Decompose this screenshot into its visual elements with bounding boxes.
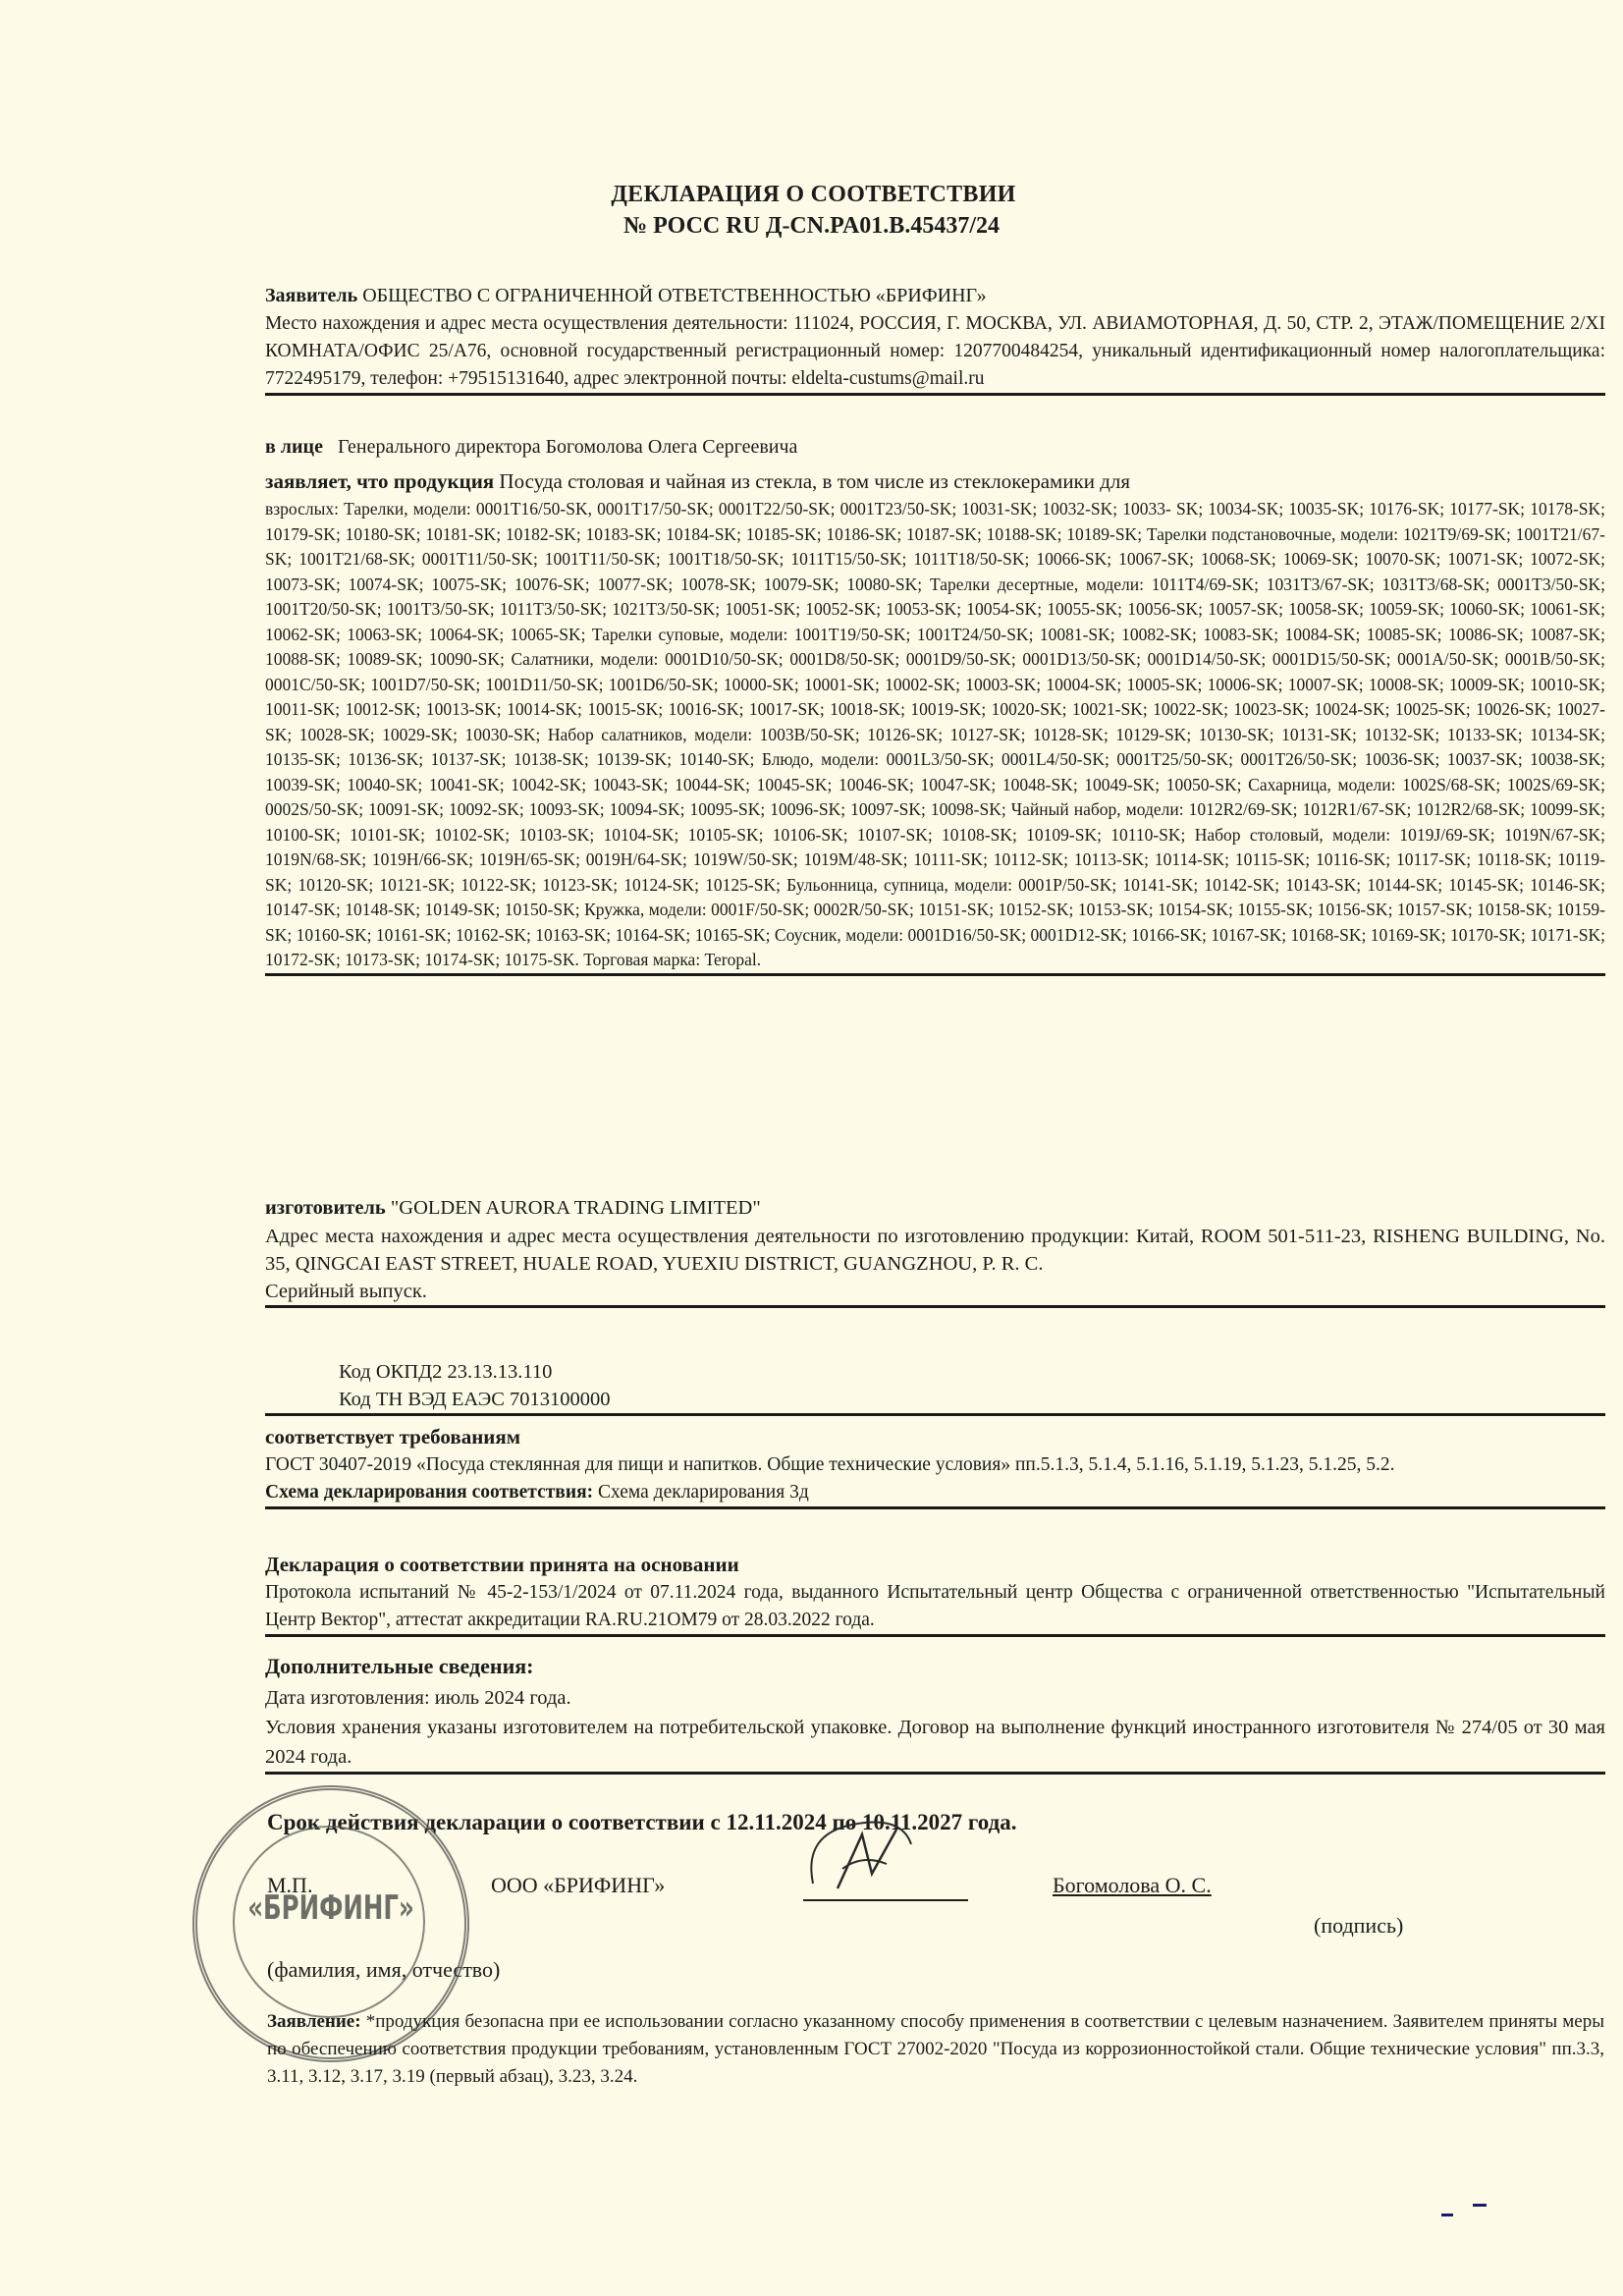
- stamp-company-name: «БРИФИНГ»: [235, 1888, 427, 1928]
- additional-section: Дополнительные сведения: Дата изготовлен…: [265, 1650, 1605, 1775]
- manufacturer-name: "GOLDEN AURORA TRADING LIMITED": [391, 1197, 761, 1219]
- product-section: заявляет, что продукция Посуда столовая …: [265, 465, 1605, 976]
- document-title: ДЕКЛАРАЦИЯ О СООТВЕТСТВИИ: [2, 179, 1623, 210]
- release-type: Серийный выпуск.: [265, 1278, 1605, 1305]
- scan-speck: [1441, 2214, 1453, 2216]
- scheme-value: Схема декларирования 3д: [598, 1482, 809, 1503]
- statement-text: *продукция безопасна при ее использовани…: [267, 2011, 1604, 2087]
- product-intro: Посуда столовая и чайная из стекла, в то…: [499, 469, 1130, 493]
- representative-value: Генерального директора Богомолова Олега …: [338, 436, 797, 458]
- declaration-page: ДЕКЛАРАЦИЯ О СООТВЕТСТВИИ № РОСС RU Д-CN…: [0, 0, 1623, 2296]
- applicant-details: Место нахождения и адрес места осуществл…: [265, 310, 1605, 393]
- manufacturer-address: Адрес места нахождения и адрес места осу…: [265, 1223, 1605, 1278]
- scan-speck: [1473, 2204, 1487, 2207]
- basis-label: Декларация о соответствии принята на осн…: [265, 1550, 1605, 1579]
- manufacturer-label: изготовитель: [265, 1197, 386, 1219]
- handwritten-signature: [793, 1815, 931, 1903]
- manufacture-date: Дата изготовления: июль 2024 года.: [265, 1683, 1605, 1713]
- signatory-organization: ООО «БРИФИНГ»: [491, 1873, 665, 1898]
- signer-name: Богомолова О. С.: [1053, 1873, 1212, 1898]
- applicant-label: Заявитель: [265, 285, 357, 306]
- basis-section: Декларация о соответствии принята на осн…: [265, 1550, 1605, 1637]
- representative-label: в лице: [265, 436, 323, 458]
- signature-caption: (подпись): [1314, 1913, 1403, 1939]
- product-model-list: взрослых: Тарелки, модели: 0001T16/50-SK…: [265, 497, 1605, 973]
- conformity-label: соответствует требованиям: [265, 1422, 1605, 1451]
- product-label: заявляет, что продукция: [265, 469, 494, 493]
- conformity-section: соответствует требованиям ГОСТ 30407-201…: [265, 1422, 1605, 1509]
- applicant-name: ОБЩЕСТВО С ОГРАНИЧЕННОЙ ОТВЕТСТВЕННОСТЬЮ…: [362, 285, 986, 306]
- scheme-label: Схема декларирования соответствия:: [265, 1482, 593, 1503]
- statement-label: Заявление:: [267, 2011, 361, 2032]
- conformity-standard: ГОСТ 30407-2019 «Посуда стеклянная для п…: [265, 1451, 1605, 1479]
- additional-label: Дополнительные сведения:: [265, 1650, 1605, 1683]
- codes-section: Код ОКПД2 23.13.13.110 Код ТН ВЭД ЕАЭС 7…: [265, 1358, 1605, 1416]
- applicant-section: Заявитель ОБЩЕСТВО С ОГРАНИЧЕННОЙ ОТВЕТС…: [265, 281, 1605, 396]
- applicant-statement: Заявление: *продукция безопасна при ее и…: [267, 2008, 1604, 2091]
- representative-section: в лице Генерального директора Богомолова…: [265, 433, 1605, 461]
- okpd2-code: Код ОКПД2 23.13.13.110: [339, 1358, 1605, 1386]
- declaration-number: № РОСС RU Д-CN.PA01.B.45437/24: [0, 210, 1623, 242]
- manufacturer-section: изготовитель "GOLDEN AURORA TRADING LIMI…: [265, 1193, 1605, 1308]
- basis-text: Протокола испытаний № 45-2-153/1/2024 от…: [265, 1579, 1605, 1634]
- storage-conditions: Условия хранения указаны изготовителем н…: [265, 1713, 1605, 1772]
- document-header: ДЕКЛАРАЦИЯ О СООТВЕТСТВИИ № РОСС RU Д-CN…: [0, 179, 1623, 242]
- tnved-code: Код ТН ВЭД ЕАЭС 7013100000: [339, 1386, 1605, 1413]
